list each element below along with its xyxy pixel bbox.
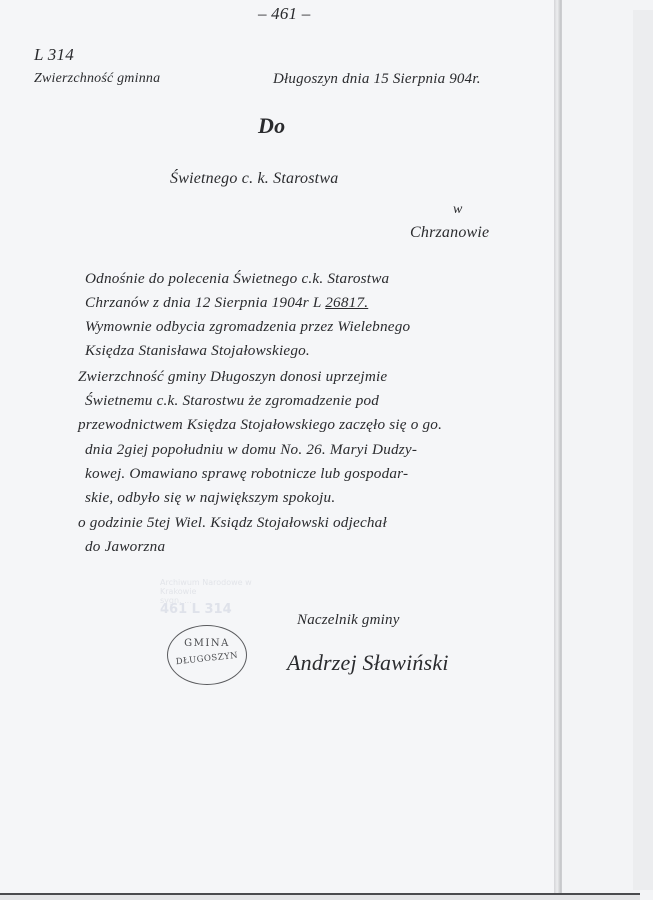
body-line: Odnośnie do polecenia Świetnego c.k. Sta… [85, 270, 389, 288]
archive-mark-line: Archiwum Narodowe w Krakowie [160, 578, 270, 596]
recipient-name: Świetnego c. k. Starostwa [170, 170, 338, 188]
stamp-line-1: GMINA [168, 638, 246, 649]
body-line: kowej. Omawiano sprawę robotnicze lub go… [85, 465, 408, 483]
issuer: Zwierzchność gminna [34, 71, 160, 87]
body-line: Zwierzchność gminy Długoszyn donosi uprz… [78, 368, 387, 386]
municipal-stamp: GMINA DŁUGOSZYN [167, 625, 247, 685]
archive-mark-line: 461 L 314 [160, 605, 270, 614]
body-line: Świetnemu c.k. Starostwu że zgromadzenie… [85, 392, 379, 410]
signature: Andrzej Sławiński [287, 650, 449, 676]
recipient-city: Chrzanowie [410, 224, 489, 242]
page-fold-edge [554, 0, 562, 893]
body-line: Chrzanów z dnia 12 Sierpnia 1904r L 2681… [85, 294, 368, 312]
body-line: Wymownie odbycia zgromadzenia przez Wiel… [85, 318, 410, 336]
body-line: o godzinie 5tej Wiel. Ksiądz Stojałowski… [78, 514, 387, 532]
stamp-line-2: DŁUGOSZYN [168, 650, 247, 668]
body-line-text: Chrzanów z dnia 12 Sierpnia 1904r L [85, 294, 321, 311]
body-line: skie, odbyło się w największym spokoju. [85, 489, 335, 507]
body-line: dnia 2giej popołudniu w domu No. 26. Mar… [85, 441, 417, 459]
scanner-strip [633, 10, 653, 890]
body-line: Księdza Stanisława Stojałowskiego. [85, 342, 310, 360]
reference-number: L 314 [34, 45, 74, 65]
body-line: przewodnictwem Księdza Stojałowskiego za… [78, 416, 442, 434]
page-bottom-edge [0, 893, 640, 900]
faint-archive-mark: Archiwum Narodowe w Krakowie sygn. ... 4… [160, 578, 270, 612]
page-number: – 461 – [258, 4, 310, 24]
body-line: do Jaworzna [85, 538, 165, 556]
recipient-preposition: w [453, 202, 463, 218]
place-and-date: Długoszyn dnia 15 Sierpnia 904r. [273, 71, 481, 88]
document-page: – 461 – L 314 Zwierzchność gminna Długos… [0, 0, 562, 893]
salutation: Do [258, 113, 285, 139]
underlined-reference: 26817. [325, 294, 368, 311]
signatory-title: Naczelnik gminy [297, 612, 400, 629]
